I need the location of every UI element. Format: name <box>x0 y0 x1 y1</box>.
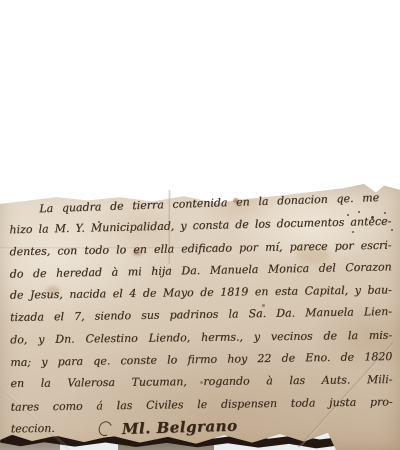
signature: Ml. Belgrano <box>121 415 237 441</box>
signature-flourish-icon <box>96 419 114 438</box>
manuscript-line: teccion. <box>11 418 55 441</box>
manuscript-text: La quadra de tierra contenida en la dona… <box>9 192 393 440</box>
signature-row: teccion. Ml. Belgrano <box>11 414 393 441</box>
document-photo: La quadra de tierra contenida en la dona… <box>0 0 400 450</box>
